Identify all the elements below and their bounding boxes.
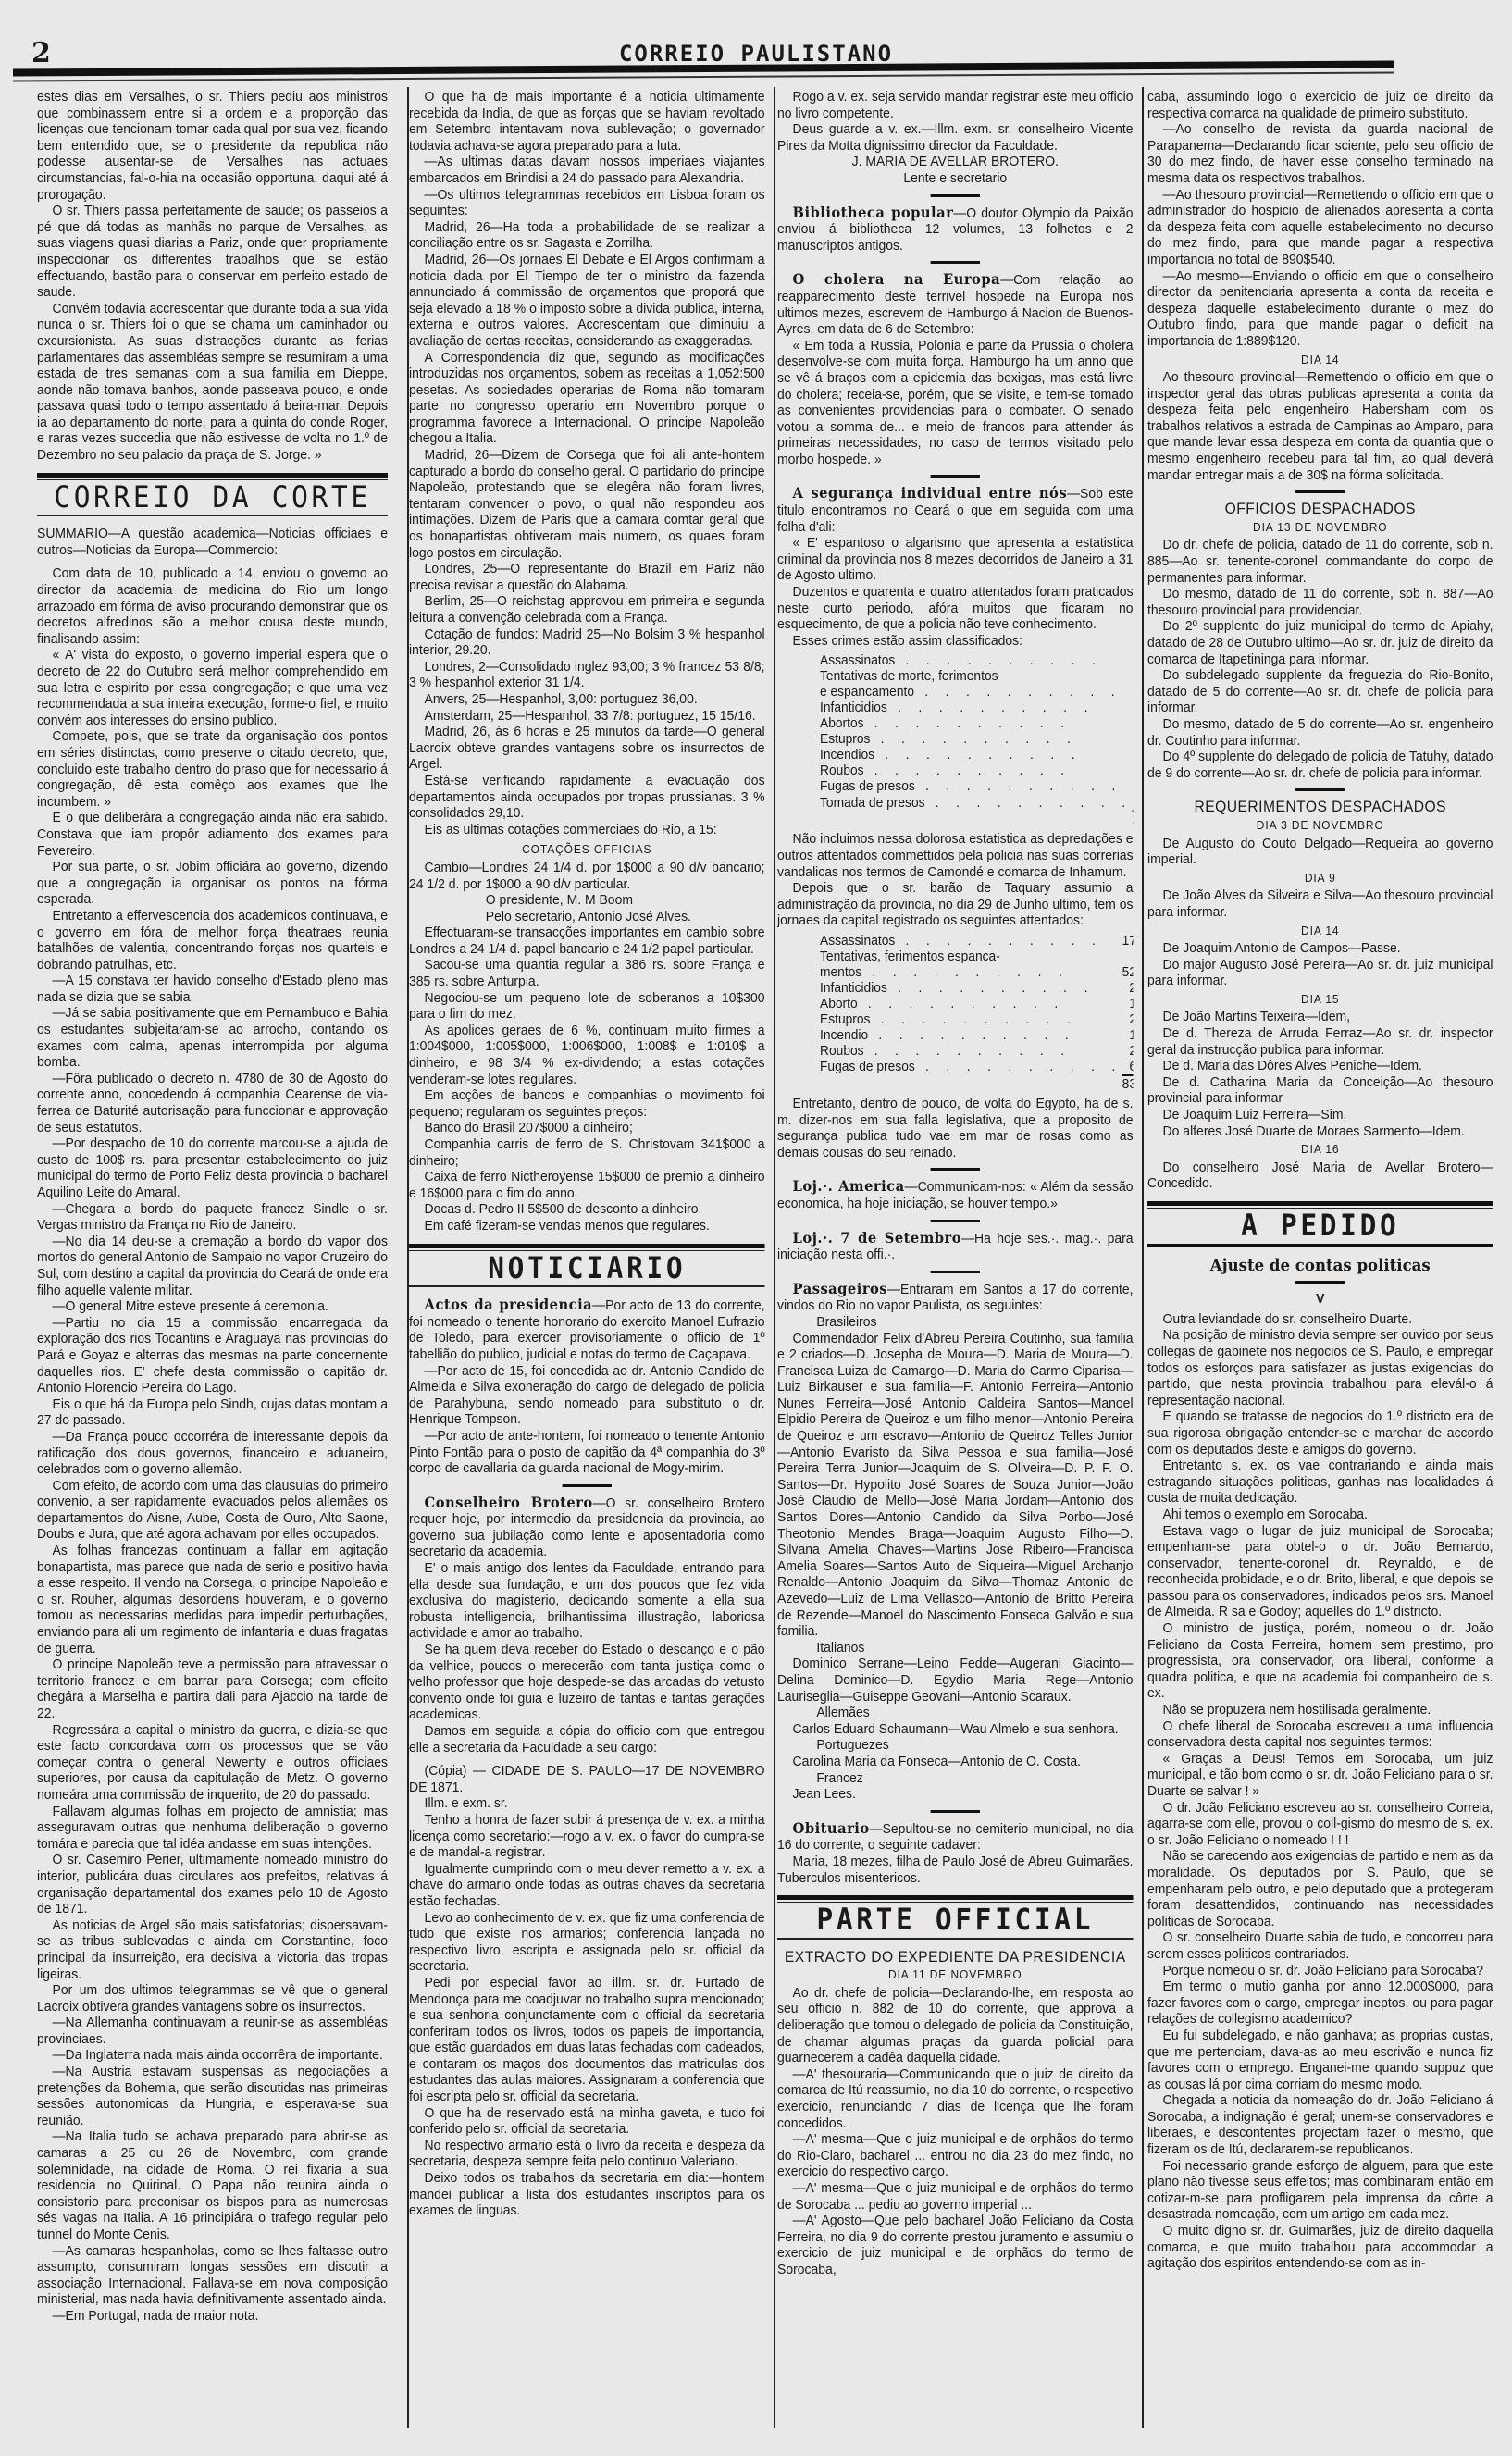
stat-row: Infanticidios . . . . . . . . . .2: [820, 980, 1134, 996]
paragraph: Depois que o sr. barão de Taquary assumi…: [777, 880, 1134, 929]
paragraph: —O general Mitre esteve presente á cerem…: [37, 1298, 388, 1315]
paragraph: Eis as ultimas cotações commerciaes do R…: [409, 822, 765, 838]
paragraph: —Na Allemanha continuavam a reunir-se as…: [37, 2015, 388, 2047]
passenger-group-names: Dominico Serrane—Leino Fedde—Augerani Gi…: [777, 1656, 1134, 1705]
paragraph: —Da Inglaterra nada mais ainda occorrêra…: [37, 2047, 388, 2064]
requerimento-item: De Augusto do Couto Delgado—Requeira ao …: [1147, 836, 1493, 868]
section-title-a-pedido: A PEDIDO: [1147, 1218, 1493, 1234]
paragraph: Amsterdam, 25—Hespanhol, 33 7/8: portugu…: [409, 708, 765, 725]
paragraph: As noticias de Argel são mais satisfator…: [37, 1917, 388, 1982]
stat-value: 3: [1132, 700, 1133, 715]
paragraph: Deixo todos os trabalhos da secretaria e…: [409, 2170, 765, 2219]
paragraph: —Fôra publicado o decreto n. 4780 de 30 …: [37, 1071, 388, 1135]
lede-passageiros: Passageiros: [793, 1280, 887, 1297]
section-title-parte-official: PARTE OFFICIAL: [777, 1912, 1134, 1929]
passenger-group-names: Carlos Eduard Schaumann—Wau Almelo e sua…: [777, 1721, 1134, 1738]
stat-value: 1: [1122, 1027, 1134, 1043]
separator: [931, 1168, 980, 1171]
paragraph: Convém todavia accrescentar que durante …: [37, 301, 388, 464]
requerimentos-day: DIA 16: [1147, 1141, 1493, 1158]
paragraph: Na posição de ministro devia sempre ser …: [1147, 1327, 1493, 1408]
signature-title: Lente e secretario: [777, 170, 1134, 187]
stat-value: 2: [1122, 1011, 1134, 1027]
stat-label: Aborto . . . . . . . . . .: [820, 996, 1122, 1011]
paragraph: Outra leviandade do sr. conselheiro Duar…: [1147, 1311, 1493, 1328]
dia14-heading: DIA 14: [1147, 352, 1493, 368]
stat-label: Infanticidios . . . . . . . . . .: [820, 700, 1132, 715]
paragraph: Igualmente cumprindo com o meu dever rem…: [409, 1861, 765, 1910]
paragraph: Do dr. chefe de policia, datado de 11 do…: [1147, 537, 1493, 586]
paragraph: No respectivo armario está o livro da re…: [409, 2138, 765, 2170]
paragraph: —A' Agosto—Que pelo bacharel João Felici…: [777, 2213, 1134, 2277]
stat-label: Incendio . . . . . . . . . .: [820, 1027, 1122, 1043]
lede-brotero: Conselheiro Brotero: [425, 1494, 593, 1511]
officios-heading: OFFICIOS DESPACHADOS: [1147, 501, 1493, 517]
stat-label: Abortos . . . . . . . . . .: [820, 715, 1132, 731]
paragraph: Fallavam algumas folhas em projecto de a…: [37, 1804, 388, 1853]
extracto-day: DIA 11 DE NOVEMBRO: [777, 1966, 1134, 1983]
correio-da-corte-body: Com data de 10, publicado a 14, enviou o…: [37, 565, 388, 2324]
stat-label: mentos . . . . . . . . . .: [820, 964, 1122, 980]
paragraph: Levo ao conhecimento de v. ex. que fiz u…: [409, 1910, 765, 1975]
section-title-noticiario: NOTICIARIO: [409, 1260, 765, 1277]
extracto-body: Ao dr. chefe de policia—Declarando-lhe, …: [777, 1985, 1134, 2278]
lede-actos: Actos da presidencia: [425, 1296, 593, 1313]
paragraph: Illm. e exm. sr.: [409, 1795, 765, 1812]
requerimento-item: Do alferes José Duarte de Moraes Sarment…: [1147, 1123, 1493, 1140]
paragraph: Em acções de bancos e companhias o movim…: [409, 1087, 765, 1120]
lede-loj-america: Loj.·. America: [793, 1177, 905, 1195]
requerimento-item: Do major Augusto José Pereira—Ao sr. dr.…: [1147, 957, 1493, 989]
requerimento-item: De João Alves da Silveira e Silva—Ao the…: [1147, 887, 1493, 920]
stat-value: 52: [1122, 964, 1134, 980]
paragraph: O chefe liberal de Sorocaba escreveu a u…: [1147, 1718, 1493, 1751]
section-rule: [777, 1895, 1134, 1900]
paragraph: Em café fizeram-se vendas menos que regu…: [409, 1218, 765, 1234]
stat-value: 9: [1132, 763, 1133, 778]
paragraph: —As ultimas datas davam nossos imperiaes…: [409, 154, 765, 186]
stat-label: Assassinatos . . . . . . . . . .: [820, 652, 1132, 668]
paragraph: Madrid, 26—Os jornaes El Debate e El Arg…: [409, 252, 765, 350]
crime-stats-table-2: Assassinatos . . . . . . . . . .17Tentat…: [820, 933, 1134, 1092]
requerimentos-list: DIA 3 DE NOVEMBRODe Augusto do Couto Del…: [1147, 817, 1493, 1192]
requerimentos-heading: REQUERIMENTOS DESPACHADOS: [1147, 799, 1493, 815]
requerimento-item: De d. Catharina Maria da Conceição—Ao th…: [1147, 1074, 1493, 1107]
stat-value: 1: [1132, 794, 1133, 811]
article-part: V: [1147, 1291, 1493, 1308]
stat-row: Fugas de presos . . . . . . . . . .6: [820, 1059, 1134, 1075]
paragraph: O muito digno sr. dr. Guimarães, juiz de…: [1147, 2223, 1493, 2272]
stat-label: Infanticidios . . . . . . . . . .: [820, 980, 1122, 996]
paragraph: —A' mesma—Que o juiz municipal e de orph…: [777, 2131, 1134, 2180]
passenger-group-heading: Francez: [777, 1770, 1134, 1787]
paragraph: Duzentos e quarenta e quatro attentados …: [777, 584, 1134, 633]
paragraph: Eu fui subdelegado, e não ganhava; as pr…: [1147, 2028, 1493, 2092]
stat-value: [1122, 949, 1134, 964]
requerimento-item: Do conselheiro José Maria de Avellar Bro…: [1147, 1160, 1493, 1192]
lede-seguranca: A segurança individual entre nós: [793, 484, 1068, 502]
paragraph: As apolices geraes de 6 %, continuam mui…: [409, 1023, 765, 1087]
paragraph: Do subdelegado supplente da freguezia do…: [1147, 667, 1493, 716]
paragraph: —Na Austria estavam suspensas as negocia…: [37, 2064, 388, 2128]
stat-row: Tentativas de morte, ferimentos: [820, 668, 1134, 684]
copia-heading: (Cópia) — CIDADE DE S. PAULO—17 DE NOVEM…: [409, 1763, 765, 1795]
paragraph: Tenho a honra de fazer subir á presença …: [409, 1812, 765, 1861]
paragraph: —Chegara a bordo do paquete francez Sind…: [37, 1201, 388, 1234]
stat-label: e espancamento . . . . . . . . . .: [820, 684, 1132, 700]
paragraph: O sr. conselheiro Duarte sabia de tudo, …: [1147, 1929, 1493, 1962]
requerimentos-day: DIA 14: [1147, 923, 1493, 939]
stat-row: Assassinatos . . . . . . . . . .17: [820, 933, 1134, 949]
separator: [1295, 490, 1345, 493]
stat-total: 83: [1122, 1075, 1134, 1092]
paragraph: Companhia carris de ferro de S. Christov…: [409, 1136, 765, 1169]
cambio: Cambio—Londres 24 1/4 d. por 1$000 a 90 …: [409, 860, 765, 892]
paragraph: Ao thesouro provincial—Remettendo o offi…: [1147, 369, 1493, 483]
paragraph: Regressára a capital o ministro da guerr…: [37, 1722, 388, 1804]
separator: [931, 1271, 980, 1273]
stat-label: Roubos . . . . . . . . . .: [820, 1043, 1122, 1059]
section-rule-dashed: [409, 1285, 765, 1287]
stat-value: 17: [1122, 933, 1134, 949]
paragraph: O sr. Thiers passa perfeitamente de saud…: [37, 203, 388, 301]
paragraph: Londres, 25—O representante do Brazil em…: [409, 561, 765, 593]
paragraph: A Correspondencia diz que, segundo as mo…: [409, 350, 765, 448]
paragraph: estes dias em Versalhes, o sr. Thiers pe…: [37, 89, 388, 203]
paragraph: Ao dr. chefe de policia—Declarando-lhe, …: [777, 1985, 1134, 2066]
paragraph: Porque nomeou o sr. dr. João Feliciano p…: [1147, 1963, 1493, 1979]
paragraph: Entretanto, dentro de pouco, de volta do…: [777, 1096, 1134, 1160]
paragraph: —No dia 14 deu-se a cremação a bordo do …: [37, 1234, 388, 1298]
section-rule: [409, 1244, 765, 1248]
paragraph: Cotação de fundos: Madrid 25—No Bolsim 3…: [409, 626, 765, 659]
separator: [931, 475, 980, 478]
separator: [1295, 1281, 1345, 1284]
paragraph: —Em Portugal, nada de maior nota.: [37, 2308, 388, 2325]
stat-row: e espancamento . . . . . . . . . .158: [820, 684, 1134, 700]
paragraph: Ahi temos o exemplo em Sorocaba.: [1147, 1507, 1493, 1523]
paragraph: Damos em seguida a cópia do officio com …: [409, 1723, 765, 1755]
stat-value: 21: [1132, 778, 1133, 794]
paragraph: E' o mais antigo dos lentes da Faculdade…: [409, 1560, 765, 1642]
paragraph: Com efeito, de acordo com uma das clausu…: [37, 1478, 388, 1543]
paragraph: Pedi por especial favor ao illm. sr. dr.…: [409, 1975, 765, 2105]
stat-label: Incendios . . . . . . . . . .: [820, 747, 1132, 763]
paragraph: Não se carecendo aos exigencias de parti…: [1147, 1848, 1493, 1929]
stat-row: Estupros . . . . . . . . . .3: [820, 731, 1134, 747]
stat-value: 3: [1132, 731, 1133, 747]
stat-total-row: 83: [820, 1075, 1134, 1092]
paragraph: Do 2º supplente do juiz municipal do ter…: [1147, 618, 1493, 667]
stat-row: Roubos . . . . . . . . . .9: [820, 763, 1134, 778]
paragraph: Se ha quem deva receber do Estado o desc…: [409, 1642, 765, 1723]
paragraph: caba, assumindo logo o exercicio de juiz…: [1147, 89, 1493, 121]
requerimento-item: De Joaquim Luiz Ferreira—Sim.: [1147, 1107, 1493, 1123]
paragraph: —Na Italia tudo se achava preparado para…: [37, 2128, 388, 2242]
requerimento-item: De Joaquim Antonio de Campos—Passe.: [1147, 940, 1493, 957]
stat-value: 2: [1122, 980, 1134, 996]
stat-total-row: 244: [820, 811, 1134, 827]
paragraph: Sacou-se uma quantia regular a 386 rs. s…: [409, 957, 765, 989]
paragraph: —Ao thesouro provincial—Remettendo o off…: [1147, 187, 1493, 268]
brotero-letter: Illm. e exm. sr.Tenho a honra de fazer s…: [409, 1795, 765, 2218]
paragraph: Negociou-se um pequeno lote de soberanos…: [409, 990, 765, 1023]
separator: [1295, 788, 1345, 791]
signature: J. MARIA DE AVELLAR BROTERO.: [777, 154, 1134, 170]
paragraph: —As camaras hespanholas, como se lhes fa…: [37, 2243, 388, 2308]
paragraph: « A' vista do exposto, o governo imperia…: [37, 647, 388, 728]
paragraph: —Por acto de ante-hontem, foi nomeado o …: [409, 1428, 765, 1477]
paragraph: Madrid, 26—Ha toda a probabilidade de se…: [409, 219, 765, 252]
stat-label: Roubos . . . . . . . . . .: [820, 763, 1132, 778]
paragraph: « Graças a Deus! Temos em Sorocaba, um j…: [1147, 1751, 1493, 1800]
passenger-list: BrasileirosCommendador Felix d'Abreu Per…: [777, 1314, 1134, 1803]
stat-row: Aborto . . . . . . . . . .1: [820, 996, 1134, 1011]
lede-cholera: O cholera na Europa: [793, 270, 1001, 288]
paragraph: Do mesmo, datado de 11 do corrente, sob …: [1147, 586, 1493, 618]
column-2: O que ha de mais importante é a noticia …: [409, 89, 765, 2443]
stat-label: Estupros . . . . . . . . . .: [820, 1011, 1122, 1027]
paragraph: —Partiu no dia 15 a commissão encarregad…: [37, 1315, 388, 1396]
paragraph: Esses crimes estão assim classificados:: [777, 633, 1134, 650]
paragraph: Anvers, 25—Hespanhol, 3,00: portuguez 36…: [409, 691, 765, 708]
column-3: Rogo a v. ex. seja servido mandar regist…: [777, 89, 1134, 2443]
paragraph: « E' espantoso o algarismo que apresenta…: [777, 535, 1134, 584]
stat-value: 1: [1122, 996, 1134, 1011]
paragraph: Eis o que há da Europa pelo Sindh, cujas…: [37, 1396, 388, 1429]
paragraph: Chegada a noticia da nomeação do dr. Joã…: [1147, 2092, 1493, 2157]
stat-label: Estupros . . . . . . . . . .: [820, 731, 1132, 747]
paragraph: O que ha de mais importante é a noticia …: [409, 89, 765, 154]
expediente-continued: caba, assumindo logo o exercicio de juiz…: [1147, 89, 1493, 350]
stat-row: Abortos . . . . . . . . . .2: [820, 715, 1134, 731]
paragraph: Effectuaram-se transacções importantes e…: [409, 924, 765, 957]
presidente-signature: O presidente, M. M Boom: [409, 892, 765, 909]
section-rule: [1147, 1244, 1493, 1247]
thiers-article: estes dias em Versalhes, o sr. Thiers pe…: [37, 89, 388, 464]
lede-obituario: Obituario: [793, 1819, 870, 1837]
section-rule-dashed: [37, 515, 388, 516]
extracto-heading: EXTRACTO DO EXPEDIENTE DA PRESIDENCIA: [777, 1949, 1134, 1966]
paragraph: Foi necessario grande esforço de alguem,…: [1147, 2158, 1493, 2223]
separator: [931, 1220, 980, 1222]
summary: SUMMARIO—A questão academica—Noticias of…: [37, 526, 388, 558]
passenger-group-names: Carolina Maria da Fonseca—Antonio de O. …: [777, 1754, 1134, 1770]
paragraph: O que ha de reservado está na minha gave…: [409, 2105, 765, 2138]
paragraph: As folhas francezas continuam a fallar e…: [37, 1543, 388, 1656]
column-divider: [1142, 87, 1144, 2428]
paragraph: Madrid, 26—Dizem de Corsega que foi ali …: [409, 447, 765, 561]
paragraph: O principe Napoleão teve a permissão par…: [37, 1656, 388, 1721]
stat-value: 158: [1132, 684, 1133, 700]
passenger-group-heading: Portuguezes: [777, 1737, 1134, 1754]
stat-row: Estupros . . . . . . . . . .2: [820, 1011, 1134, 1027]
paragraph: Deus guarde a v. ex.—Illm. exm. sr. cons…: [777, 121, 1134, 154]
stat-row: Incendios . . . . . . . . . .2: [820, 747, 1134, 763]
stat-row: Tomada de presos . . . . . . . . . .1: [820, 794, 1134, 811]
stat-label: Tentativas, ferimentos espanca-: [820, 949, 1122, 964]
lede-loj-7-setembro: Loj.·. 7 de Setembro: [793, 1229, 961, 1247]
paragraph: Estava vago o lugar de juiz municipal de…: [1147, 1523, 1493, 1621]
paragraph: Está-se verificando rapidamente a evacua…: [409, 773, 765, 822]
stat-row: mentos . . . . . . . . . .52: [820, 964, 1134, 980]
paragraph: —Ao mesmo—Enviando o officio em que o co…: [1147, 268, 1493, 350]
requerimentos-day: DIA 15: [1147, 991, 1493, 1008]
paragraph: Rogo a v. ex. seja servido mandar regist…: [777, 89, 1134, 121]
paragraph: Do mesmo, datado de 5 do corrente—Ao sr.…: [1147, 716, 1493, 749]
separator: [563, 1484, 612, 1487]
section-rule-dashed: [777, 1938, 1134, 1940]
column-1: estes dias em Versalhes, o sr. Thiers pe…: [37, 89, 388, 2443]
paragraph: —Já se sabia positivamente que em Pernam…: [37, 1005, 388, 1070]
stat-label: Fugas de presos . . . . . . . . . .: [820, 1059, 1122, 1075]
stat-row: Incendio . . . . . . . . . .1: [820, 1027, 1134, 1043]
paragraph: O dr. João Feliciano escreveu ao sr. con…: [1147, 1800, 1493, 1849]
paragraph: Caixa de ferro Nictheroyense 15$000 de p…: [409, 1169, 765, 1201]
stat-label: Fugas de presos . . . . . . . . . .: [820, 778, 1132, 794]
paragraph: Docas d. Pedro II 5$500 de desconto a di…: [409, 1201, 765, 1218]
stat-row: Assassinatos . . . . . . . . . .45: [820, 652, 1134, 668]
section-title-correio-da-corte: CORREIO DA CORTE: [37, 490, 388, 506]
officios-list: Do dr. chefe de policia, datado de 11 do…: [1147, 537, 1493, 781]
paragraph: Por sua parte, o sr. Jobim officiára ao …: [37, 859, 388, 908]
column-4: caba, assumindo logo o exercicio de juiz…: [1147, 89, 1493, 2443]
passenger-group-names: Commendador Felix d'Abreu Pereira Coutin…: [777, 1331, 1134, 1640]
paragraph: Banco do Brasil 207$000 a dinheiro;: [409, 1120, 765, 1136]
section-rule: [37, 473, 388, 478]
separator: [931, 194, 980, 197]
stat-label: Assassinatos . . . . . . . . . .: [820, 933, 1122, 949]
section-rule: [1147, 1201, 1493, 1206]
lede-bibliotheca: Bibliotheca popular: [793, 204, 954, 221]
requerimentos-day: DIA 9: [1147, 870, 1493, 887]
officios-day: DIA 13 DE NOVEMBRO: [1147, 519, 1493, 536]
stat-value: 45: [1132, 652, 1133, 668]
stat-row: Roubos . . . . . . . . . .2: [820, 1043, 1134, 1059]
paragraph: Entretanto a effervescencia dos academic…: [37, 908, 388, 973]
paragraph: Berlim, 25—O reichstag approvou em prime…: [409, 593, 765, 626]
paragraph: —A 15 constava ter havido conselho d'Est…: [37, 973, 388, 1005]
paragraph: Entretanto s. ex. os vae contrariando e …: [1147, 1457, 1493, 1507]
secretario-signature: Pelo secretario, Antonio José Alves.: [409, 909, 765, 925]
paragraph: « Em toda a Russia, Polonia e parte da P…: [777, 338, 1134, 468]
separator: [931, 1810, 980, 1813]
stat-row: Fugas de presos . . . . . . . . . .21: [820, 778, 1134, 794]
paragraph: E quando se tratasse de negocios do 1.º …: [1147, 1408, 1493, 1457]
stat-value: 2: [1132, 747, 1133, 763]
paragraph: —A' thesouraria—Communicando que o juiz …: [777, 2066, 1134, 2131]
requerimento-item: De João Martins Teixeira—Idem,: [1147, 1009, 1493, 1025]
stat-total: 244: [1132, 811, 1133, 827]
paragraph: E o que deliberára a congregação ainda n…: [37, 810, 388, 859]
article-body: Outra leviandade do sr. conselheiro Duar…: [1147, 1311, 1493, 2272]
paragraph: —Os ultimos telegrammas recebidos em Lis…: [409, 187, 765, 219]
passenger-group-heading: Brasileiros: [777, 1314, 1134, 1331]
paragraph: Do 4º supplente do delegado de policia d…: [1147, 749, 1493, 781]
paragraph: —Por despacho de 10 do corrente marcou-s…: [37, 1135, 388, 1200]
article-title: Ajuste de contas politicas: [1147, 1258, 1493, 1274]
cotacoes-heading: COTAÇÕES OFFICIAS: [409, 841, 765, 858]
separator: [931, 261, 980, 264]
paragraph: —Por acto de 15, foi concedida ao dr. An…: [409, 1363, 765, 1428]
requerimentos-day: DIA 3 DE NOVEMBRO: [1147, 817, 1493, 834]
market-report: Effectuaram-se transacções importantes e…: [409, 924, 765, 1234]
requerimento-item: De d. Maria das Dôres Alves Peniche—Idem…: [1147, 1058, 1493, 1074]
passenger-group-names: Jean Lees.: [777, 1786, 1134, 1803]
paragraph: Compete, pois, que se trate da organisaç…: [37, 728, 388, 810]
europe-news: O que ha de mais importante é a noticia …: [409, 89, 765, 837]
stat-row: Infanticidios . . . . . . . . . .3: [820, 700, 1134, 715]
stat-row: Tentativas, ferimentos espanca-: [820, 949, 1134, 964]
passenger-group-heading: Italianos: [777, 1640, 1134, 1656]
paragraph: Madrid, 26, ás 6 horas e 25 minutos da t…: [409, 724, 765, 773]
stat-value: [1132, 668, 1133, 684]
paragraph: Por um dos ultimos telegrammas se vê que…: [37, 1982, 388, 2015]
paragraph: Não incluimos nessa dolorosa estatistica…: [777, 831, 1134, 880]
paragraph: —Da França pouco occorréra de interessan…: [37, 1429, 388, 1478]
stat-label: Tentativas de morte, ferimentos: [820, 668, 1132, 684]
requerimento-item: De d. Thereza de Arruda Ferraz—Ao sr. dr…: [1147, 1025, 1493, 1058]
paragraph: Com data de 10, publicado a 14, enviou o…: [37, 565, 388, 647]
paragraph: —A' mesma—Que o juiz municipal e de orph…: [777, 2180, 1134, 2213]
column-divider: [774, 87, 775, 2428]
paragraph: O sr. Casemiro Perier, ultimamente nomea…: [37, 1852, 388, 1916]
obituary-entry: Maria, 18 mezes, filha de Paulo José de …: [777, 1854, 1134, 1886]
paragraph: Não se propuzera nem hostilisada geralme…: [1147, 1702, 1493, 1718]
stat-value: 6: [1122, 1059, 1134, 1075]
paragraph: Londres, 2—Consolidado inglez 93,00; 3 %…: [409, 659, 765, 691]
paragraph: —Ao conselho de revista da guarda nacion…: [1147, 121, 1493, 186]
stat-value: 2: [1132, 715, 1133, 731]
stat-value: 2: [1122, 1043, 1134, 1059]
stat-label: Tomada de presos . . . . . . . . . .: [820, 794, 1132, 811]
paragraph: Em termo o mutio ganha por anno 12.000$0…: [1147, 1978, 1493, 2028]
paragraph: O ministro de justiça, porém, nomeou o d…: [1147, 1620, 1493, 1702]
crime-stats-table-1: Assassinatos . . . . . . . . . .45Tentat…: [820, 652, 1134, 827]
passenger-group-heading: Allemães: [777, 1705, 1134, 1721]
